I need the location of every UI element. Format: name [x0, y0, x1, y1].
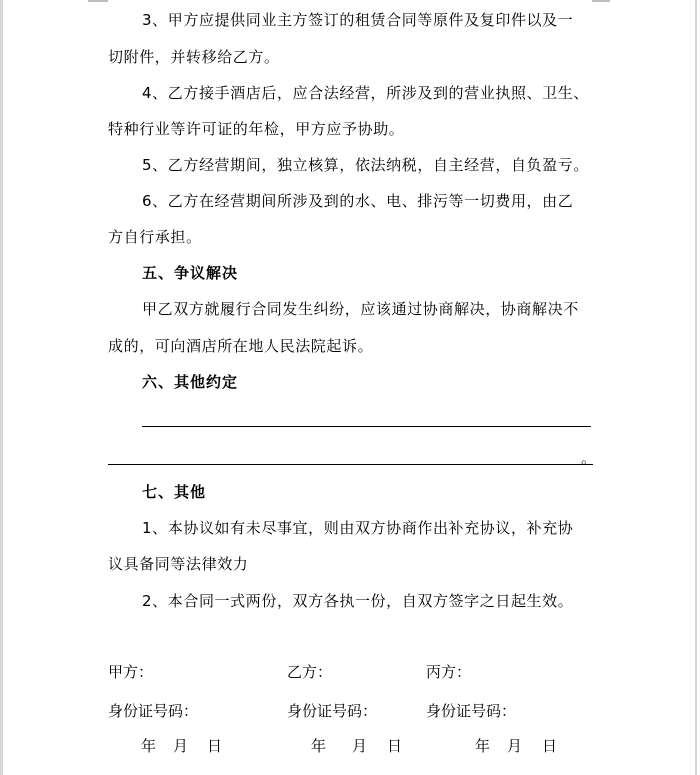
party-b-month: 月	[352, 737, 367, 755]
fill-in-line	[142, 426, 591, 427]
crop-mark-left	[88, 0, 108, 2]
party-c-year: 年	[475, 737, 490, 755]
party-a-year: 年	[141, 737, 156, 755]
paragraph-line: 6、乙方在经营期间所涉及到的水、电、排污等一切费用，由乙	[142, 192, 573, 210]
party-c-day: 日	[542, 737, 557, 755]
party-a-month: 月	[173, 737, 188, 755]
paragraph-line: 1、本协议如有未尽事宜，则由双方协商作出补充协议，补充协	[142, 519, 573, 537]
party-c-label: 丙方：	[426, 663, 471, 681]
fill-in-line	[108, 464, 593, 465]
paragraph-line: 3、甲方应提供同业主方签订的租赁合同等原件及复印件以及一	[142, 11, 573, 29]
party-c-month: 月	[507, 737, 522, 755]
paragraph-line: 议具备同等法律效力	[108, 555, 248, 573]
section-heading-other: 七、其他	[142, 483, 206, 501]
party-c-id-label: 身份证号码：	[426, 702, 516, 720]
paragraph-line: 特种行业等许可证的年检，甲方应予协助。	[108, 120, 404, 138]
crop-mark-right	[592, 0, 610, 2]
section-heading-other-agreements: 六、其他约定	[142, 373, 238, 391]
party-a-id-label: 身份证号码：	[108, 702, 198, 720]
page-border-right	[695, 0, 697, 775]
page-border-left	[0, 0, 3, 775]
party-b-year: 年	[311, 737, 326, 755]
paragraph-line: 2、本合同一式两份，双方各执一份，自双方签字之日起生效。	[142, 592, 573, 610]
party-a-label: 甲方：	[108, 663, 153, 681]
paragraph-line: 切附件，并转移给乙方。	[108, 48, 280, 66]
party-b-id-label: 身份证号码：	[287, 702, 377, 720]
party-b-day: 日	[387, 737, 402, 755]
paragraph-line: 方自行承担。	[108, 228, 202, 246]
party-a-day: 日	[207, 737, 222, 755]
section-heading-dispute: 五、争议解决	[142, 264, 238, 282]
paragraph-line: 甲乙双方就履行合同发生纠纷，应该通过协商解决，协商解决不	[142, 300, 579, 318]
paragraph-line: 5、乙方经营期间，独立核算，依法纳税，自主经营，自负盈亏。	[142, 156, 589, 174]
paragraph-line: 4、乙方接手酒店后，应合法经营，所涉及到的营业执照、卫生、	[142, 84, 589, 102]
party-b-label: 乙方：	[287, 663, 332, 681]
paragraph-line: 成的，可向酒店所在地人民法院起诉。	[108, 337, 373, 355]
